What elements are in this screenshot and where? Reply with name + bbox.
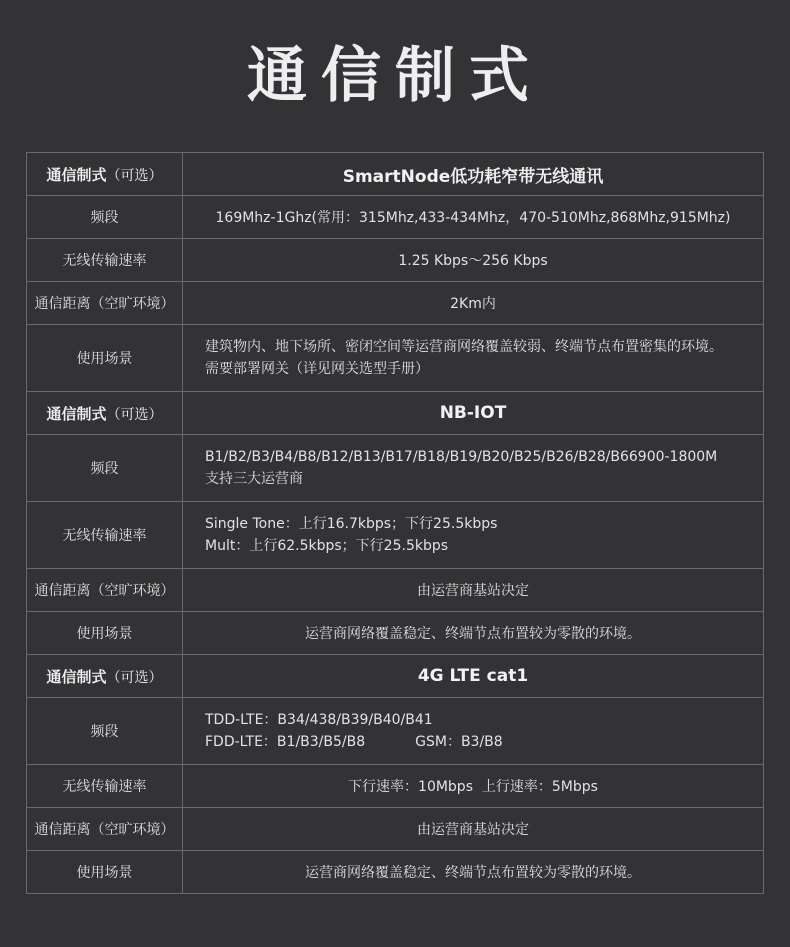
table-row: 通信距离（空旷环境） 由运营商基站决定 [27, 808, 764, 851]
row-value: 由运营商基站决定 [183, 569, 764, 612]
row-label: 频段 [27, 435, 183, 502]
section-value: SmartNode低功耗窄带无线通讯 [183, 153, 764, 196]
table-row: 无线传输速率 下行速率：10Mbps 上行速率：5Mbps [27, 765, 764, 808]
section-label: 通信制式（可选） [27, 392, 183, 435]
page-title: 通信制式 [0, 40, 790, 112]
row-value: TDD-LTE：B34/438/B39/B40/B41 FDD-LTE：B1/B… [183, 698, 764, 765]
row-value: 由运营商基站决定 [183, 808, 764, 851]
row-value: 2Km内 [183, 282, 764, 325]
row-label: 使用场景 [27, 325, 183, 392]
row-value: 运营商网络覆盖稳定、终端节点布置较为零散的环境。 [183, 612, 764, 655]
row-value: 169Mhz-1Ghz(常用：315Mhz,433-434Mhz，470-510… [183, 196, 764, 239]
table-row: 通信距离（空旷环境） 2Km内 [27, 282, 764, 325]
row-value: Single Tone：上行16.7kbps；下行25.5kbps Mult：上… [183, 502, 764, 569]
row-label: 通信距离（空旷环境） [27, 282, 183, 325]
row-value: 下行速率：10Mbps 上行速率：5Mbps [183, 765, 764, 808]
section-header-lte-cat1: 通信制式（可选） 4G LTE cat1 [27, 655, 764, 698]
row-label: 使用场景 [27, 851, 183, 894]
section-header-nbiot: 通信制式（可选） NB-IOT [27, 392, 764, 435]
row-value: B1/B2/B3/B4/B8/B12/B13/B17/B18/B19/B20/B… [183, 435, 764, 502]
row-label: 无线传输速率 [27, 765, 183, 808]
section-label: 通信制式（可选） [27, 655, 183, 698]
row-label: 通信距离（空旷环境） [27, 808, 183, 851]
section-label: 通信制式（可选） [27, 153, 183, 196]
table-row: 频段 TDD-LTE：B34/438/B39/B40/B41 FDD-LTE：B… [27, 698, 764, 765]
table-row: 使用场景 建筑物内、地下场所、密闭空间等运营商网络覆盖较弱、终端节点布置密集的环… [27, 325, 764, 392]
row-value: 建筑物内、地下场所、密闭空间等运营商网络覆盖较弱、终端节点布置密集的环境。 需要… [183, 325, 764, 392]
row-label: 频段 [27, 698, 183, 765]
row-label: 通信距离（空旷环境） [27, 569, 183, 612]
table-row: 频段 B1/B2/B3/B4/B8/B12/B13/B17/B18/B19/B2… [27, 435, 764, 502]
spec-table: 通信制式（可选） SmartNode低功耗窄带无线通讯 频段 169Mhz-1G… [26, 152, 764, 894]
table-row: 无线传输速率 Single Tone：上行16.7kbps；下行25.5kbps… [27, 502, 764, 569]
table-row: 频段 169Mhz-1Ghz(常用：315Mhz,433-434Mhz，470-… [27, 196, 764, 239]
section-value: NB-IOT [183, 392, 764, 435]
section-header-smartnode: 通信制式（可选） SmartNode低功耗窄带无线通讯 [27, 153, 764, 196]
row-label: 无线传输速率 [27, 502, 183, 569]
table-row: 使用场景 运营商网络覆盖稳定、终端节点布置较为零散的环境。 [27, 851, 764, 894]
table-row: 使用场景 运营商网络覆盖稳定、终端节点布置较为零散的环境。 [27, 612, 764, 655]
table-row: 通信距离（空旷环境） 由运营商基站决定 [27, 569, 764, 612]
row-label: 无线传输速率 [27, 239, 183, 282]
section-value: 4G LTE cat1 [183, 655, 764, 698]
row-value: 1.25 Kbps～256 Kbps [183, 239, 764, 282]
row-label: 使用场景 [27, 612, 183, 655]
row-label: 频段 [27, 196, 183, 239]
row-value: 运营商网络覆盖稳定、终端节点布置较为零散的环境。 [183, 851, 764, 894]
table-row: 无线传输速率 1.25 Kbps～256 Kbps [27, 239, 764, 282]
